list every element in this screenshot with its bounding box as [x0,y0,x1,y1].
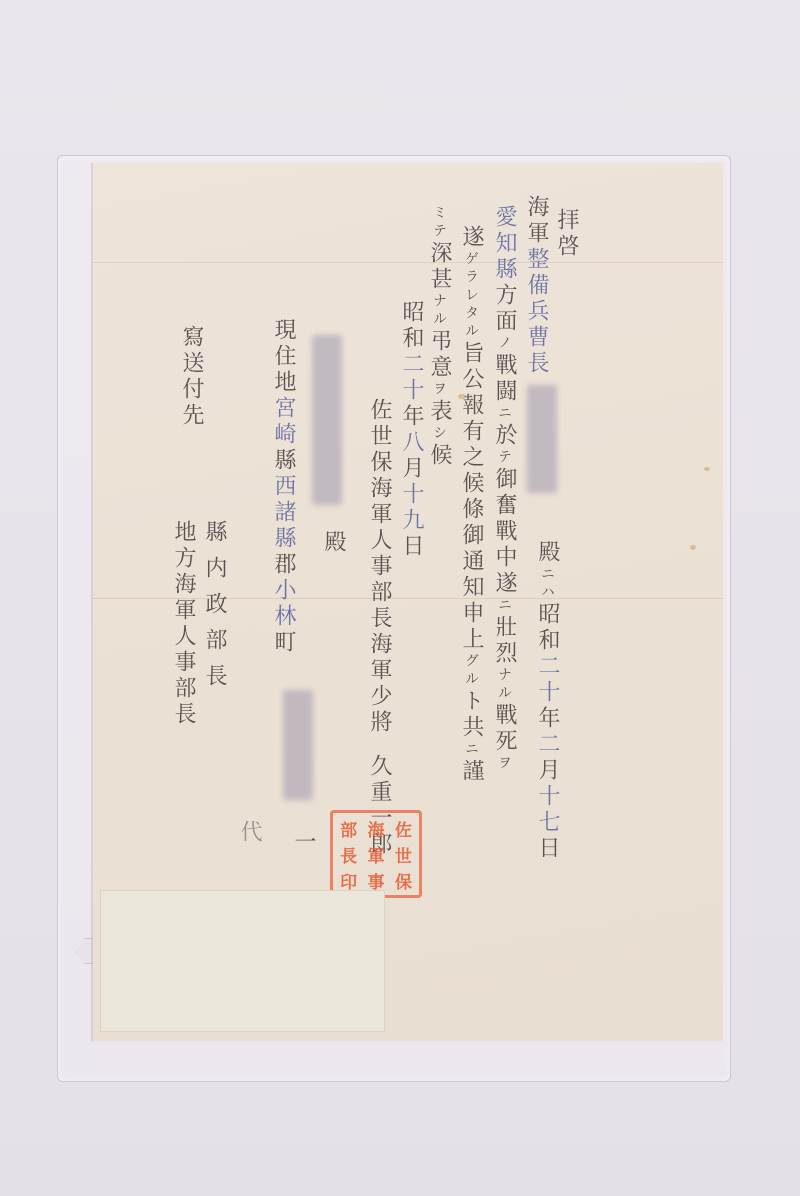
rank-blue: 整備兵曹長 [524,247,549,377]
sender-line: 佐世保海軍人事部長海軍少將久重一郎 [368,398,390,858]
rank-line: 海軍整備兵曹長 [525,195,547,377]
copy-recipient-navy: 地方海軍人事部長 [172,520,194,728]
battle-line: 愛知縣方面ノ戰闘ニ於テ御奮戰中遂ニ壯烈ナル戰死ヲ [493,205,515,773]
closing-char: 代 [238,820,260,846]
closing-mark: 一 [292,830,314,856]
date-of-death-line: 殿ニハ昭和二十年二月十七日 [536,540,558,862]
stain [704,467,710,471]
address-line: 現住地宮崎縣西諸縣郡小林町 [272,318,294,656]
redacted-recipient [312,335,342,505]
condolence-line: ミテ深甚ナル弔意ヲ表シ候 [428,205,450,469]
notification-line: 遂ゲラレタル旨公報有之候條御通知申上グルト共ニ謹 [460,225,482,785]
letter-date: 昭和二十年八月十九日 [400,300,422,560]
copy-recipients-heading: 寫送付先 [180,325,202,429]
recipient-honorific: 殿 [322,530,344,556]
blank-label-sticker [100,890,385,1032]
rank-prefix: 海軍 [524,195,549,247]
salutation: 拝啓 [555,208,577,260]
copy-recipient-prefecture: 縣内政部長 [203,520,225,700]
redacted-addressee [283,690,313,800]
redacted-name [527,385,557,493]
official-seal: 部 海 佐 長 軍 世 印 事 保 [330,810,422,898]
fold-line [93,262,723,263]
stain [690,545,696,550]
